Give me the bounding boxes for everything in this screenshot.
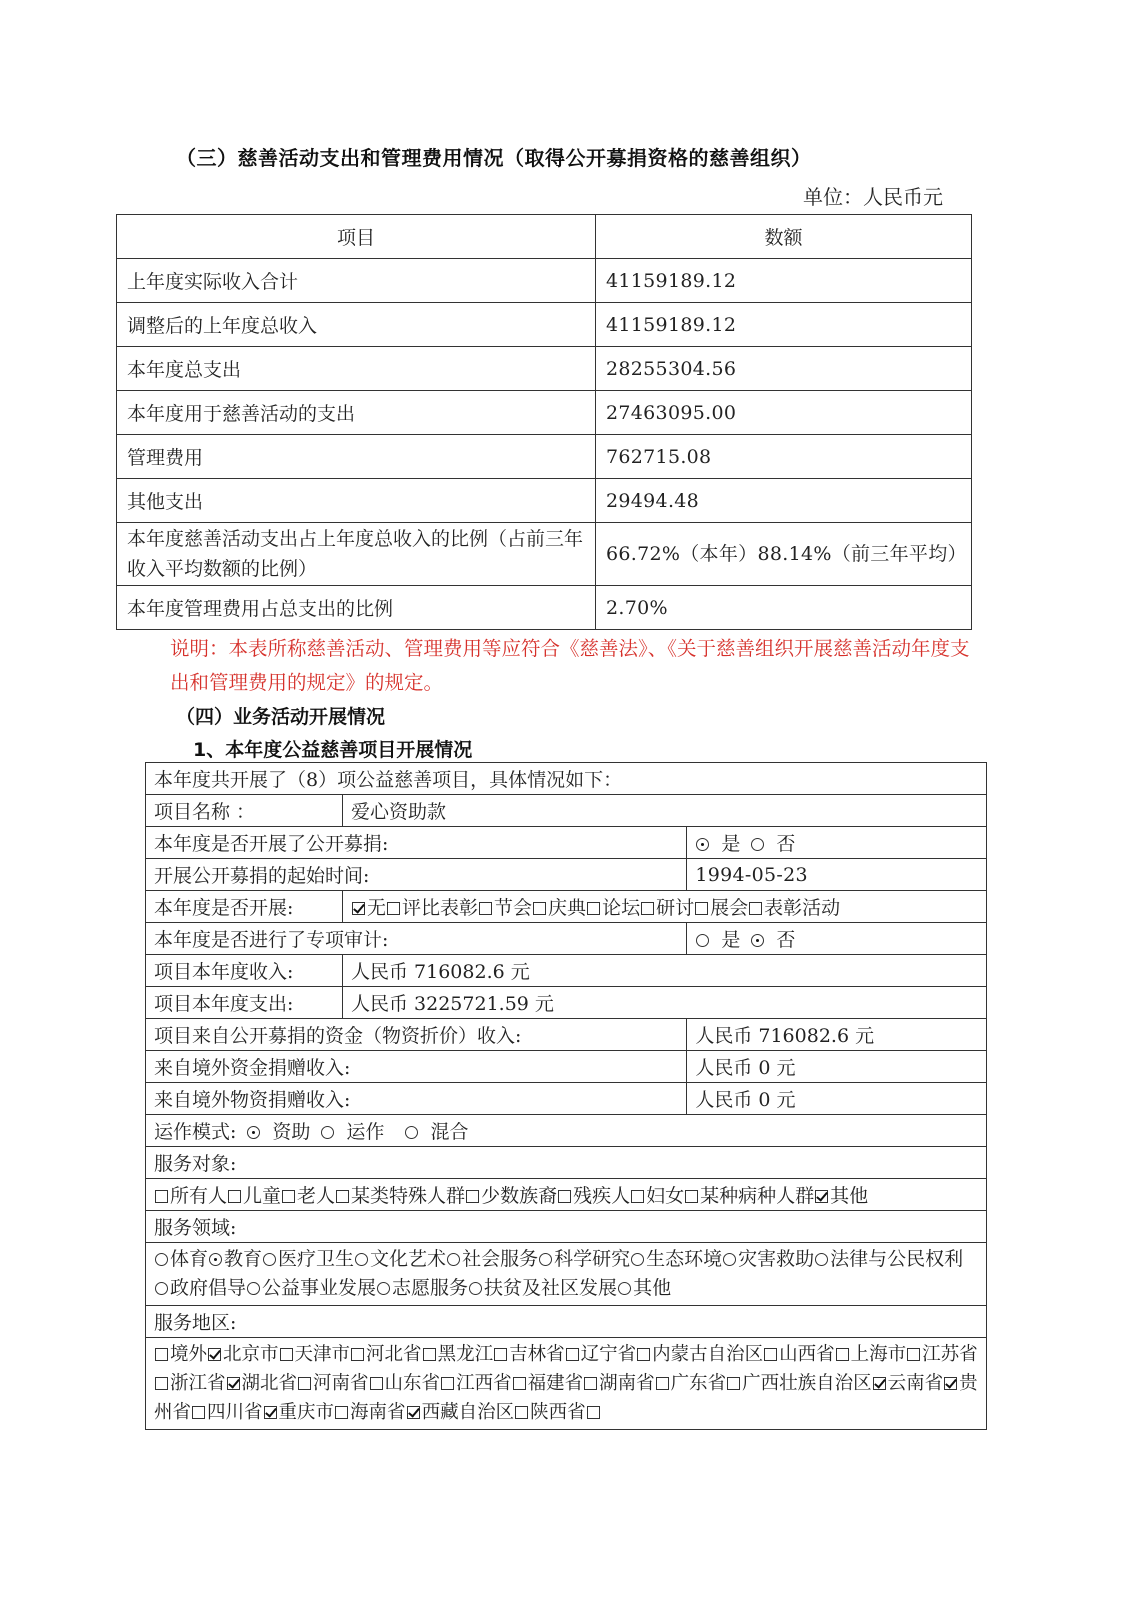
special-audit-label: 本年度是否进行了专项审计: [146, 923, 687, 955]
radio-empty-icon[interactable] [155, 1282, 168, 1295]
activities-label: 本年度是否开展: [146, 891, 343, 923]
option-label: 其他 [830, 1185, 868, 1207]
option-label: 体育 [170, 1248, 208, 1270]
table-row: 项目名称 ： 爱心资助款 [146, 795, 987, 827]
checkbox-empty-icon[interactable] [749, 902, 762, 915]
overseas-goods-value: 人民币 0 元 [687, 1083, 987, 1115]
expense-label: 项目本年度支出: [146, 987, 343, 1019]
service-fields-label: 服务领域: [146, 1211, 987, 1243]
radio-empty-icon[interactable] [631, 1253, 644, 1266]
checkbox-empty-icon[interactable] [282, 1190, 295, 1203]
option-label: 生态环境 [646, 1248, 722, 1270]
unit-label: 单位：人民币元 [803, 181, 943, 210]
checkbox-checked-icon[interactable] [944, 1377, 957, 1390]
radio-empty-icon[interactable] [377, 1282, 390, 1295]
overseas-goods-label: 来自境外物资捐赠收入: [146, 1083, 687, 1115]
radio-empty-icon[interactable] [355, 1253, 368, 1266]
radio-empty-icon[interactable] [751, 838, 764, 851]
option-label: 医疗卫生 [278, 1248, 354, 1270]
checkbox-empty-icon[interactable] [558, 1190, 571, 1203]
option-label: 山东省 [385, 1373, 441, 1394]
option-label: 是 [721, 929, 740, 951]
service-targets-label: 服务对象: [146, 1147, 987, 1179]
checkbox-empty-icon[interactable] [587, 902, 600, 915]
header-amount: 数额 [596, 215, 972, 259]
public-fundraising-options: 是否 [687, 827, 987, 859]
radio-selected-icon[interactable] [696, 838, 709, 851]
checkbox-empty-icon[interactable] [370, 1377, 383, 1390]
table-row: 其他支出 29494.48 [117, 479, 972, 523]
project-summary: 本年度共开展了（8）项公益慈善项目，具体情况如下： [146, 763, 987, 795]
document-page: （三）慈善活动支出和管理费用情况（取得公开募捐资格的慈善组织） 单位：人民币元 … [0, 0, 1131, 1600]
expense-table: 项目 数额 上年度实际收入合计 41159189.12 调整后的上年度总收入 4… [116, 214, 972, 630]
radio-empty-icon[interactable] [247, 1282, 260, 1295]
table-row: 本年度是否进行了专项审计: 是否 [146, 923, 987, 955]
option-label: 上海市 [851, 1344, 907, 1365]
expense-value: 人民币 3225721.59 元 [343, 987, 987, 1019]
option-label: 黑龙江 [438, 1344, 494, 1365]
option-label: 吉林省 [509, 1344, 565, 1365]
option-label: 社会服务 [462, 1248, 538, 1270]
checkbox-empty-icon[interactable] [155, 1377, 168, 1390]
checkbox-empty-icon[interactable] [336, 1190, 349, 1203]
option-label: 运作 [346, 1121, 384, 1143]
option-label: 广东省 [671, 1373, 727, 1394]
radio-selected-icon[interactable] [247, 1126, 260, 1139]
checkbox-empty-icon[interactable] [656, 1377, 669, 1390]
option-label: 混合 [430, 1121, 468, 1143]
option-label: 志愿服务 [392, 1277, 468, 1299]
checkbox-empty-icon[interactable] [494, 1348, 507, 1361]
fundraising-start-label: 开展公开募捐的起始时间: [146, 859, 687, 891]
checkbox-empty-icon[interactable] [387, 902, 400, 915]
row-label: 上年度实际收入合计 [117, 259, 596, 303]
option-label: 某种病种人群 [700, 1185, 814, 1207]
option-label: 灾害救助 [738, 1248, 814, 1270]
radio-empty-icon[interactable] [321, 1126, 334, 1139]
row-label: 本年度用于慈善活动的支出 [117, 391, 596, 435]
checkbox-empty-icon[interactable] [685, 1190, 698, 1203]
header-item: 项目 [117, 215, 596, 259]
checkbox-empty-icon[interactable] [637, 1348, 650, 1361]
table-row: 本年度总支出 28255304.56 [117, 347, 972, 391]
checkbox-empty-icon[interactable] [695, 902, 708, 915]
service-targets-options: 所有人儿童老人某类特殊人群少数族裔残疾人妇女某种病种人群其他 [146, 1179, 987, 1211]
option-label: 河北省 [366, 1344, 422, 1365]
checkbox-empty-icon[interactable] [466, 1190, 479, 1203]
checkbox-empty-icon[interactable] [584, 1377, 597, 1390]
option-label: 庆典 [548, 897, 586, 919]
project-name-value: 爱心资助款 [343, 795, 987, 827]
checkbox-empty-icon[interactable] [228, 1190, 241, 1203]
section-4-subtitle: 1、本年度公益慈善项目开展情况 [193, 735, 472, 762]
checkbox-empty-icon[interactable] [566, 1348, 579, 1361]
row-value: 28255304.56 [596, 347, 972, 391]
option-label: 论坛 [602, 897, 640, 919]
section-3-title: （三）慈善活动支出和管理费用情况（取得公开募捐资格的慈善组织） [176, 142, 812, 171]
activities-options: 无评比表彰节会庆典论坛研讨展会表彰活动 [343, 891, 987, 923]
checkbox-checked-icon[interactable] [352, 902, 365, 915]
table-row: 来自境外物资捐赠收入: 人民币 0 元 [146, 1083, 987, 1115]
row-value: 2.70% [596, 586, 972, 630]
option-label: 四川省 [207, 1402, 263, 1423]
row-label: 管理费用 [117, 435, 596, 479]
checkbox-checked-icon[interactable] [208, 1348, 221, 1361]
checkbox-empty-icon[interactable] [513, 1377, 526, 1390]
option-label: 浙江省 [170, 1373, 226, 1394]
checkbox-empty-icon[interactable] [907, 1348, 920, 1361]
table-row: 本年度是否开展了公开募捐: 是否 [146, 827, 987, 859]
row-label: 其他支出 [117, 479, 596, 523]
option-label: 湖南省 [599, 1373, 655, 1394]
table-row: 来自境外资金捐赠收入: 人民币 0 元 [146, 1051, 987, 1083]
fundraising-start-value: 1994-05-23 [687, 859, 987, 891]
overseas-funds-value: 人民币 0 元 [687, 1051, 987, 1083]
checkbox-empty-icon[interactable] [727, 1377, 740, 1390]
option-label: 山西省 [779, 1344, 835, 1365]
row-label: 本年度慈善活动支出占上年度总收入的比例（占前三年收入平均数额的比例） [117, 523, 596, 586]
service-regions-options: 境外北京市天津市河北省黑龙江吉林省辽宁省内蒙古自治区山西省上海市江苏省浙江省湖北… [146, 1338, 987, 1430]
project-name-label: 项目名称 ： [146, 795, 343, 827]
checkbox-empty-icon[interactable] [155, 1348, 168, 1361]
option-label: 评比表彰 [402, 897, 478, 919]
option-label: 科学研究 [554, 1248, 630, 1270]
checkbox-checked-icon[interactable] [815, 1190, 828, 1203]
checkbox-checked-icon[interactable] [264, 1406, 277, 1419]
table-row: 所有人儿童老人某类特殊人群少数族裔残疾人妇女某种病种人群其他 [146, 1179, 987, 1211]
table-row: 项目来自公开募捐的资金（物资折价）收入: 人民币 716082.6 元 [146, 1019, 987, 1051]
checkbox-empty-icon[interactable] [587, 1406, 600, 1419]
row-label: 本年度管理费用占总支出的比例 [117, 586, 596, 630]
checkbox-empty-icon[interactable] [441, 1377, 454, 1390]
radio-empty-icon[interactable] [696, 934, 709, 947]
radio-empty-icon[interactable] [469, 1282, 482, 1295]
checkbox-empty-icon[interactable] [641, 902, 654, 915]
radio-empty-icon[interactable] [263, 1253, 276, 1266]
option-label: 否 [776, 929, 795, 951]
row-value: 41159189.12 [596, 303, 972, 347]
option-label: 否 [776, 833, 795, 855]
row-label: 本年度总支出 [117, 347, 596, 391]
table-row: 服务对象: [146, 1147, 987, 1179]
table-row: 本年度用于慈善活动的支出 27463095.00 [117, 391, 972, 435]
table-row: 服务领域: [146, 1211, 987, 1243]
option-label: 教育 [224, 1248, 262, 1270]
checkbox-empty-icon[interactable] [298, 1377, 311, 1390]
checkbox-checked-icon[interactable] [407, 1406, 420, 1419]
income-label: 项目本年度收入: [146, 955, 343, 987]
checkbox-empty-icon[interactable] [515, 1406, 528, 1419]
option-label: 无 [367, 897, 386, 919]
radio-empty-icon[interactable] [539, 1253, 552, 1266]
row-value: 41159189.12 [596, 259, 972, 303]
row-value: 29494.48 [596, 479, 972, 523]
radio-empty-icon[interactable] [815, 1253, 828, 1266]
checkbox-empty-icon[interactable] [155, 1190, 168, 1203]
service-regions-label: 服务地区: [146, 1306, 987, 1338]
option-label: 资助 [272, 1121, 310, 1143]
option-label: 公益事业发展 [262, 1277, 376, 1299]
table-row: 管理费用 762715.08 [117, 435, 972, 479]
option-label: 其他 [633, 1277, 671, 1299]
option-label: 展会 [710, 897, 748, 919]
option-label: 节会 [494, 897, 532, 919]
table-row: 本年度管理费用占总支出的比例 2.70% [117, 586, 972, 630]
radio-empty-icon[interactable] [447, 1253, 460, 1266]
radio-empty-icon[interactable] [405, 1126, 418, 1139]
special-audit-options: 是否 [687, 923, 987, 955]
checkbox-empty-icon[interactable] [631, 1190, 644, 1203]
overseas-funds-label: 来自境外资金捐赠收入: [146, 1051, 687, 1083]
table-row: 调整后的上年度总收入 41159189.12 [117, 303, 972, 347]
option-label: 天津市 [295, 1344, 351, 1365]
option-label: 江苏省 [922, 1344, 978, 1365]
checkbox-empty-icon[interactable] [351, 1348, 364, 1361]
section-4-title: （四）业务活动开展情况 [176, 702, 385, 729]
option-label: 河南省 [313, 1373, 369, 1394]
checkbox-empty-icon[interactable] [335, 1406, 348, 1419]
table-row: 运作模式:资助运作混合 [146, 1115, 987, 1147]
option-label: 云南省 [888, 1373, 944, 1394]
option-label: 北京市 [223, 1344, 279, 1365]
option-label: 海南省 [350, 1402, 406, 1423]
option-label: 湖北省 [242, 1373, 298, 1394]
option-label: 是 [721, 833, 740, 855]
income-value: 人民币 716082.6 元 [343, 955, 987, 987]
public-fundraising-label: 本年度是否开展了公开募捐: [146, 827, 687, 859]
operation-mode: 运作模式:资助运作混合 [146, 1115, 987, 1147]
option-label: 福建省 [528, 1373, 584, 1394]
option-label: 法律与公民权利 [830, 1248, 963, 1270]
option-label: 辽宁省 [581, 1344, 637, 1365]
option-label: 政府倡导 [170, 1277, 246, 1299]
option-label: 陕西省 [530, 1402, 586, 1423]
row-value: 27463095.00 [596, 391, 972, 435]
table-row: 服务地区: [146, 1306, 987, 1338]
radio-selected-icon[interactable] [751, 934, 764, 947]
radio-selected-icon[interactable] [209, 1253, 222, 1266]
service-fields-options: 体育教育医疗卫生文化艺术社会服务科学研究生态环境灾害救助法律与公民权利政府倡导公… [146, 1243, 987, 1306]
row-value: 66.72%（本年）88.14%（前三年平均） [596, 523, 972, 586]
table-row: 项目本年度收入: 人民币 716082.6 元 [146, 955, 987, 987]
compliance-note: 说明：本表所称慈善活动、管理费用等应符合《慈善法》、《关于慈善组织开展慈善活动年… [170, 632, 970, 700]
table-row: 本年度是否开展: 无评比表彰节会庆典论坛研讨展会表彰活动 [146, 891, 987, 923]
option-label: 某类特殊人群 [351, 1185, 465, 1207]
row-value: 762715.08 [596, 435, 972, 479]
checkbox-empty-icon[interactable] [280, 1348, 293, 1361]
option-label: 西藏自治区 [422, 1402, 515, 1423]
radio-empty-icon[interactable] [723, 1253, 736, 1266]
checkbox-empty-icon[interactable] [533, 902, 546, 915]
option-label: 表彰活动 [764, 897, 840, 919]
table-row: 本年度慈善活动支出占上年度总收入的比例（占前三年收入平均数额的比例） 66.72… [117, 523, 972, 586]
checkbox-empty-icon[interactable] [836, 1348, 849, 1361]
row-label: 调整后的上年度总收入 [117, 303, 596, 347]
option-label: 所有人 [170, 1185, 227, 1207]
table-row: 体育教育医疗卫生文化艺术社会服务科学研究生态环境灾害救助法律与公民权利政府倡导公… [146, 1243, 987, 1306]
option-label: 老人 [297, 1185, 335, 1207]
option-label: 妇女 [646, 1185, 684, 1207]
table-row: 本年度共开展了（8）项公益慈善项目，具体情况如下： [146, 763, 987, 795]
option-label: 江西省 [456, 1373, 512, 1394]
option-label: 境外 [170, 1344, 207, 1365]
table-row: 开展公开募捐的起始时间: 1994-05-23 [146, 859, 987, 891]
table-row: 上年度实际收入合计 41159189.12 [117, 259, 972, 303]
option-label: 残疾人 [573, 1185, 630, 1207]
radio-empty-icon[interactable] [155, 1253, 168, 1266]
table-header-row: 项目 数额 [117, 215, 972, 259]
public-income-value: 人民币 716082.6 元 [687, 1019, 987, 1051]
option-label: 儿童 [243, 1185, 281, 1207]
checkbox-empty-icon[interactable] [423, 1348, 436, 1361]
radio-empty-icon[interactable] [618, 1282, 631, 1295]
option-label: 研讨 [656, 897, 694, 919]
checkbox-checked-icon[interactable] [873, 1377, 886, 1390]
public-income-label: 项目来自公开募捐的资金（物资折价）收入: [146, 1019, 687, 1051]
option-label: 少数族裔 [481, 1185, 557, 1207]
checkbox-empty-icon[interactable] [192, 1406, 205, 1419]
table-row: 境外北京市天津市河北省黑龙江吉林省辽宁省内蒙古自治区山西省上海市江苏省浙江省湖北… [146, 1338, 987, 1430]
checkbox-checked-icon[interactable] [227, 1377, 240, 1390]
project-table: 本年度共开展了（8）项公益慈善项目，具体情况如下： 项目名称 ： 爱心资助款 本… [145, 762, 987, 1430]
checkbox-empty-icon[interactable] [479, 902, 492, 915]
option-label: 内蒙古自治区 [652, 1344, 763, 1365]
option-label: 广西壮族自治区 [742, 1373, 872, 1394]
checkbox-empty-icon[interactable] [764, 1348, 777, 1361]
table-row: 项目本年度支出: 人民币 3225721.59 元 [146, 987, 987, 1019]
operation-mode-label: 运作模式: [154, 1121, 236, 1143]
option-label: 扶贫及社区发展 [484, 1277, 617, 1299]
option-label: 重庆市 [279, 1402, 335, 1423]
option-label: 文化艺术 [370, 1248, 446, 1270]
